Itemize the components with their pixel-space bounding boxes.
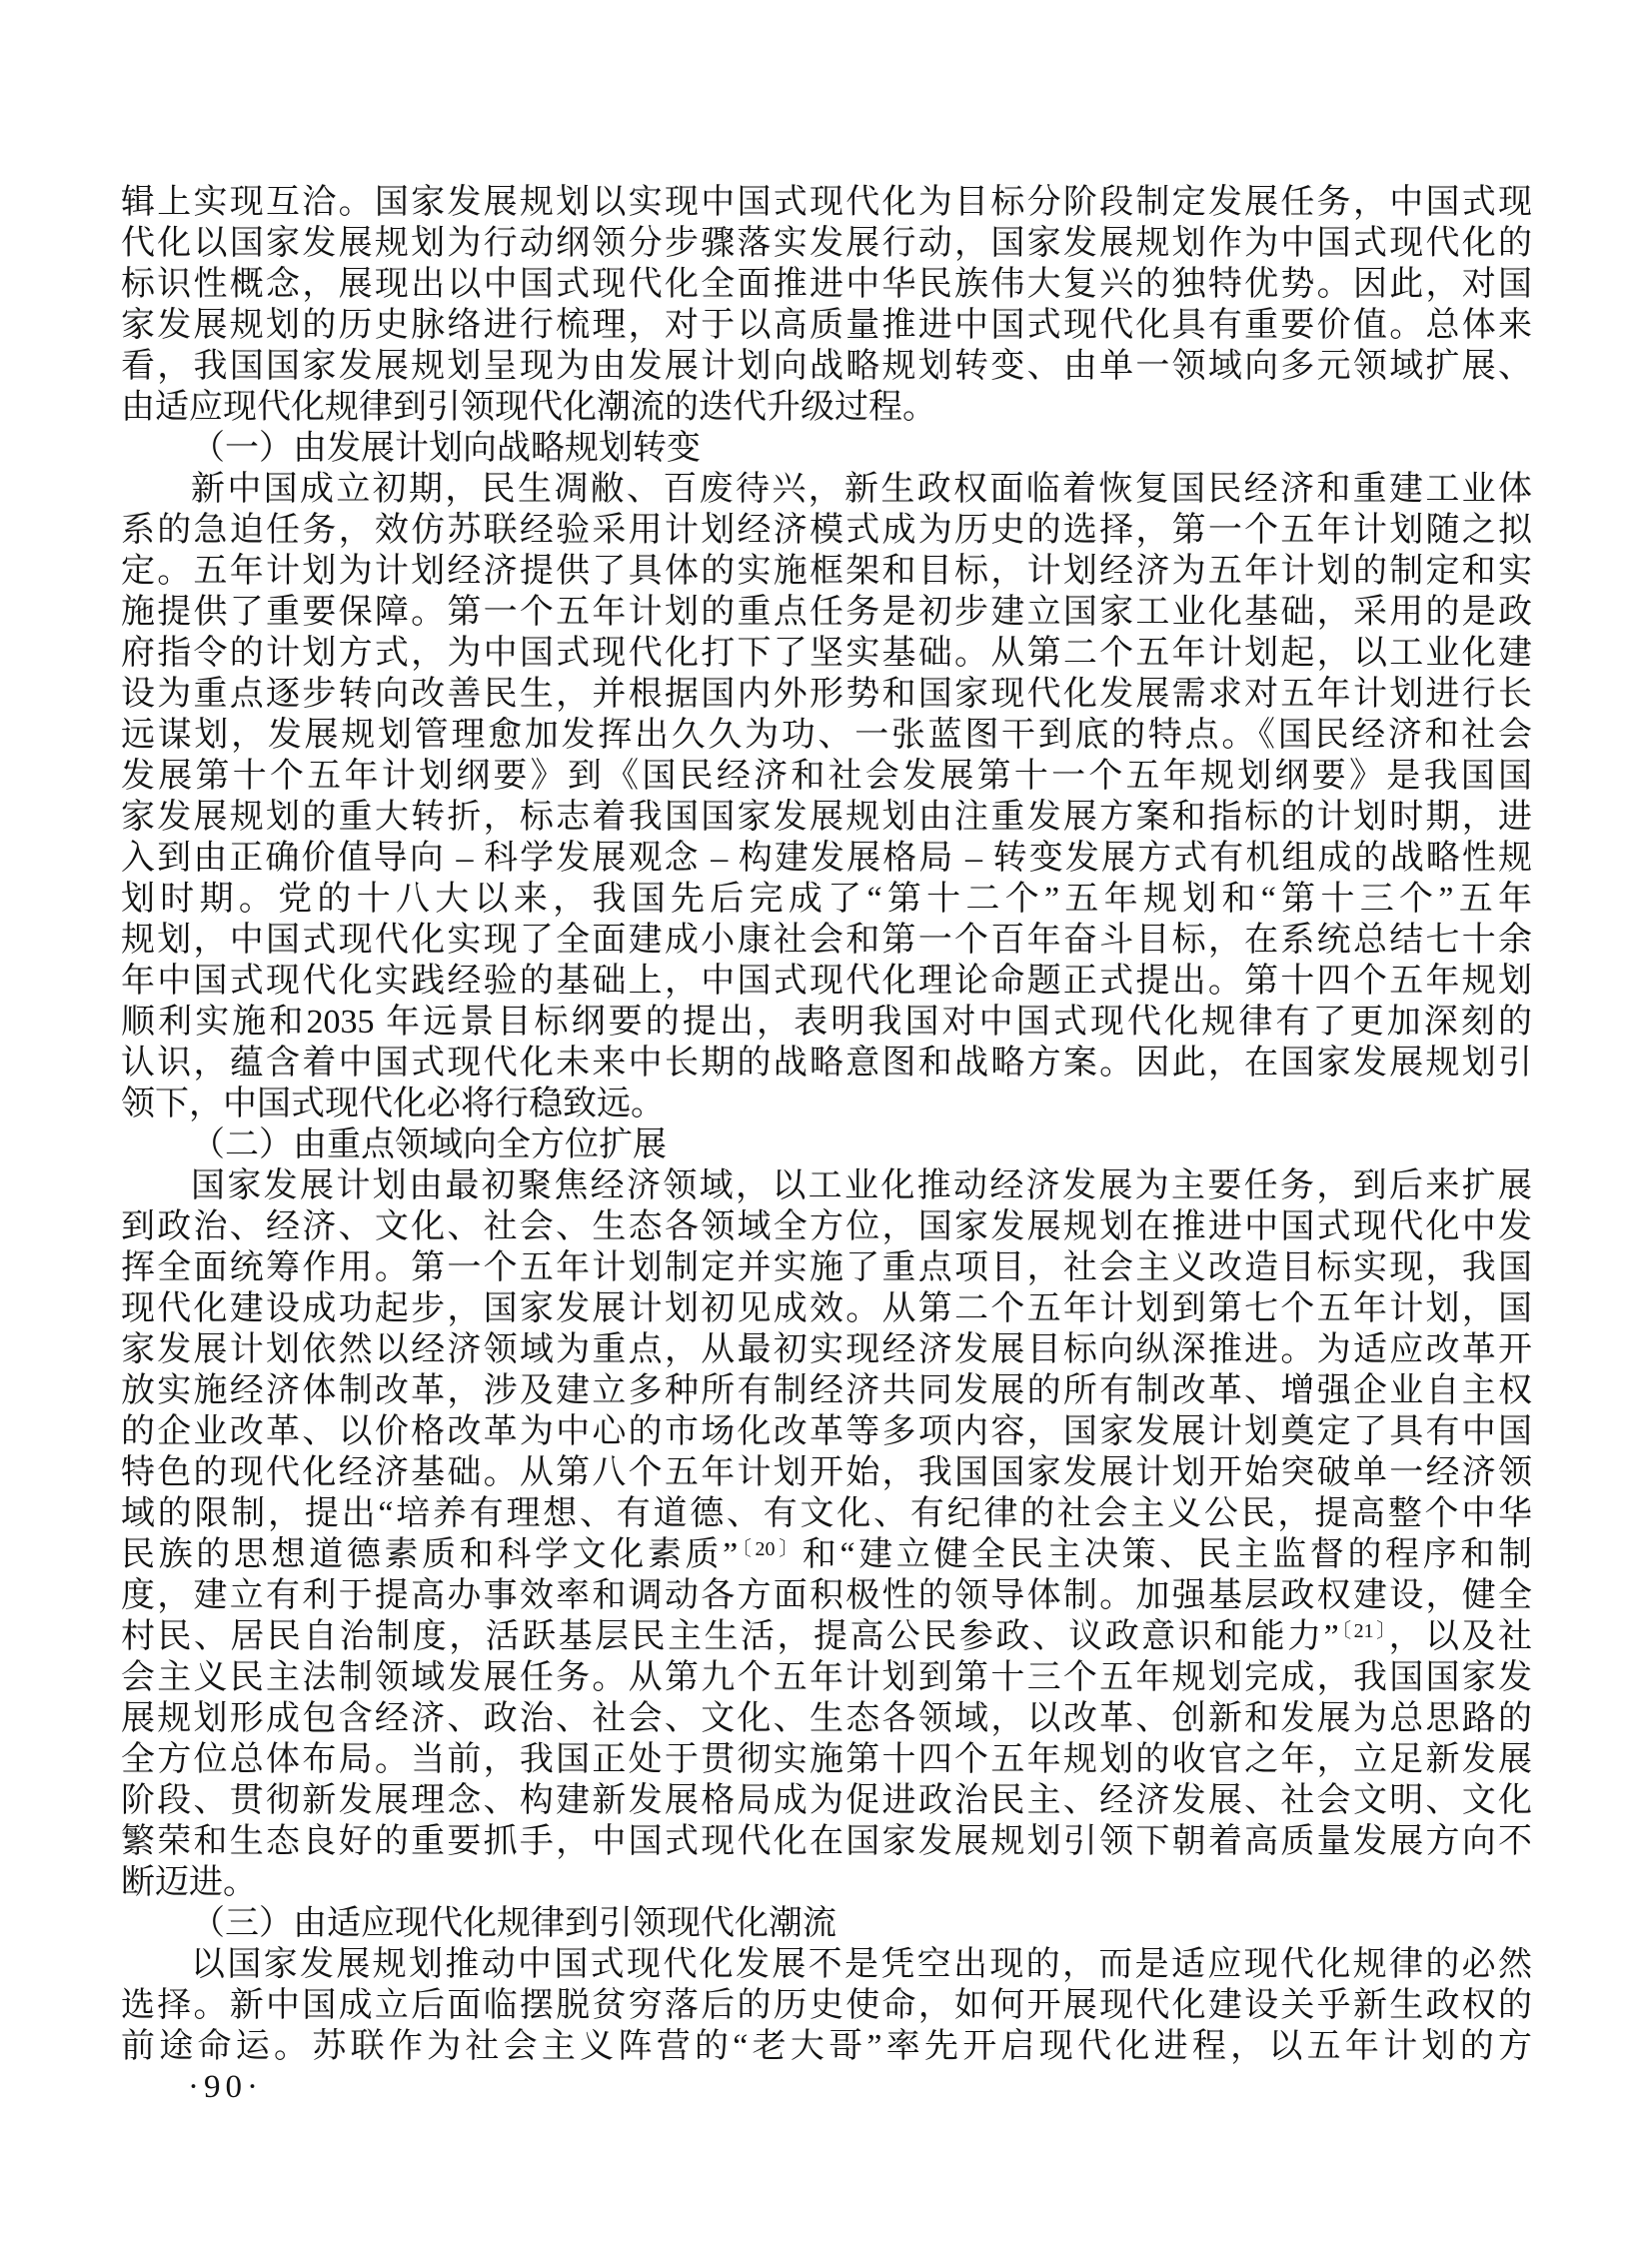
section-heading: （二）由重点领域向全方位扩展 [121, 1124, 1532, 1165]
text-line: 放实施经济体制改革，涉及建立多种所有制经济共同发展的所有制改革、增强企业自主权 [121, 1370, 1532, 1411]
article-body: 辑上实现互洽。国家发展规划以实现中国式现代化为目标分阶段制定发展任务，中国式现代… [121, 182, 1532, 2067]
text-line: 施提供了重要保障。第一个五年计划的重点任务是初步建立国家工业化基础，采用的是政 [121, 592, 1532, 633]
text-line: 由适应现代化规律到引领现代化潮流的迭代升级过程。 [121, 387, 1532, 428]
text-line: 系的急迫任务，效仿苏联经验采用计划经济模式成为历史的选择，第一个五年计划随之拟 [121, 510, 1532, 551]
text-line: 家发展计划依然以经济领域为重点，从最初实现经济发展目标向纵深推进。为适应改革开 [121, 1329, 1532, 1370]
text-line: 看，我国国家发展规划呈现为由发展计划向战略规划转变、由单一领域向多元领域扩展、 [121, 346, 1532, 387]
text-line: 顺利实施和2035 年远景目标纲要的提出，表明我国对中国式现代化规律有了更加深刻… [121, 1002, 1532, 1043]
text-line: 国家发展计划由最初聚焦经济领域，以工业化推动经济发展为主要任务，到后来扩展 [121, 1165, 1532, 1206]
text-line: 认识，蕴含着中国式现代化未来中长期的战略意图和战略方案。因此，在国家发展规划引 [121, 1043, 1532, 1084]
section-heading: （一）由发展计划向战略规划转变 [121, 428, 1532, 469]
text-line: 家发展规划的历史脉络进行梳理，对于以高质量推进中国式现代化具有重要价值。总体来 [121, 305, 1532, 346]
text-line: 断迈进。 [121, 1862, 1532, 1903]
text-line: 远谋划，发展规划管理愈加发挥出久久为功、一张蓝图干到底的特点。《国民经济和社会 [121, 715, 1532, 756]
text-line: 特色的现代化经济基础。从第八个五年计划开始，我国国家发展计划开始突破单一经济领 [121, 1452, 1532, 1493]
text-line: 划时期。党的十八大以来，我国先后完成了“第十二个”五年规划和“第十三个”五年 [121, 879, 1532, 920]
text-line: 发展第十个五年计划纲要》到《国民经济和社会发展第十一个五年规划纲要》是我国国 [121, 756, 1532, 797]
text-line: 会主义民主法制领域发展任务。从第九个五年计划到第十三个五年规划完成，我国国家发 [121, 1657, 1532, 1698]
page-number: ·90· [188, 2067, 263, 2108]
text-line: 标识性概念，展现出以中国式现代化全面推进中华民族伟大复兴的独特优势。因此，对国 [121, 264, 1532, 305]
section-heading: （三）由适应现代化规律到引领现代化潮流 [121, 1903, 1532, 1944]
text-line: 村民、居民自治制度，活跃基层民主生活，提高公民参政、议政意识和能力”〔21〕，以… [121, 1616, 1532, 1657]
text-line: 的企业改革、以价格改革为中心的市场化改革等多项内容，国家发展计划奠定了具有中国 [121, 1411, 1532, 1452]
text-line: 民族的思想道德素质和科学文化素质”〔20〕和“建立健全民主决策、民主监督的程序和… [121, 1534, 1532, 1575]
text-line: 繁荣和生态良好的重要抓手，中国式现代化在国家发展规划引领下朝着高质量发展方向不 [121, 1821, 1532, 1862]
text-line: 入到由正确价值导向 – 科学发展观念 – 构建发展格局 – 转变发展方式有机组成… [121, 838, 1532, 879]
text-line: 定。五年计划为计划经济提供了具体的实施框架和目标，计划经济为五年计划的制定和实 [121, 551, 1532, 592]
text-line: 领下，中国式现代化必将行稳致远。 [121, 1084, 1532, 1124]
text-line: 选择。新中国成立后面临摆脱贫穷落后的历史使命，如何开展现代化建设关乎新生政权的 [121, 1985, 1532, 2026]
document-page: 辑上实现互洽。国家发展规划以实现中国式现代化为目标分阶段制定发展任务，中国式现代… [0, 0, 1652, 2243]
text-line: 府指令的计划方式，为中国式现代化打下了坚实基础。从第二个五年计划起，以工业化建 [121, 633, 1532, 674]
text-line: 挥全面统筹作用。第一个五年计划制定并实施了重点项目，社会主义改造目标实现，我国 [121, 1247, 1532, 1288]
citation-ref: 〔20〕 [738, 1538, 803, 1560]
text-line: 现代化建设成功起步，国家发展计划初见成效。从第二个五年计划到第七个五年计划，国 [121, 1288, 1532, 1329]
text-line: 代化以国家发展规划为行动纲领分步骤落实发展行动，国家发展规划作为中国式现代化的 [121, 223, 1532, 264]
text-line: 阶段、贯彻新发展理念、构建新发展格局成为促进政治民主、经济发展、社会文明、文化 [121, 1780, 1532, 1821]
text-line: 辑上实现互洽。国家发展规划以实现中国式现代化为目标分阶段制定发展任务，中国式现 [121, 182, 1532, 223]
text-line: 家发展规划的重大转折，标志着我国国家发展规划由注重发展方案和指标的计划时期，进 [121, 797, 1532, 838]
text-line: 展规划形成包含经济、政治、社会、文化、生态各领域，以改革、创新和发展为总思路的 [121, 1698, 1532, 1739]
text-line: 设为重点逐步转向改善民生，并根据国内外形势和国家现代化发展需求对五年计划进行长 [121, 674, 1532, 715]
text-line: 年中国式现代化实践经验的基础上，中国式现代化理论命题正式提出。第十四个五年规划 [121, 961, 1532, 1002]
text-line: 度，建立有利于提高办事效率和调动各方面积极性的领导体制。加强基层政权建设，健全 [121, 1575, 1532, 1616]
text-line: 前途命运。苏联作为社会主义阵营的“老大哥”率先开启现代化进程，以五年计划的方 [121, 2026, 1532, 2067]
text-line: 域的限制，提出“培养有理想、有道德、有文化、有纪律的社会主义公民，提高整个中华 [121, 1493, 1532, 1534]
citation-ref: 〔21〕 [1339, 1620, 1389, 1642]
text-line: 全方位总体布局。当前，我国正处于贯彻实施第十四个五年规划的收官之年，立足新发展 [121, 1739, 1532, 1780]
text-line: 规划，中国式现代化实现了全面建成小康社会和第一个百年奋斗目标，在系统总结七十余 [121, 920, 1532, 961]
text-line: 以国家发展规划推动中国式现代化发展不是凭空出现的，而是适应现代化规律的必然 [121, 1944, 1532, 1985]
text-line: 新中国成立初期，民生凋敝、百废待兴，新生政权面临着恢复国民经济和重建工业体 [121, 469, 1532, 510]
text-line: 到政治、经济、文化、社会、生态各领域全方位，国家发展规划在推进中国式现代化中发 [121, 1206, 1532, 1247]
